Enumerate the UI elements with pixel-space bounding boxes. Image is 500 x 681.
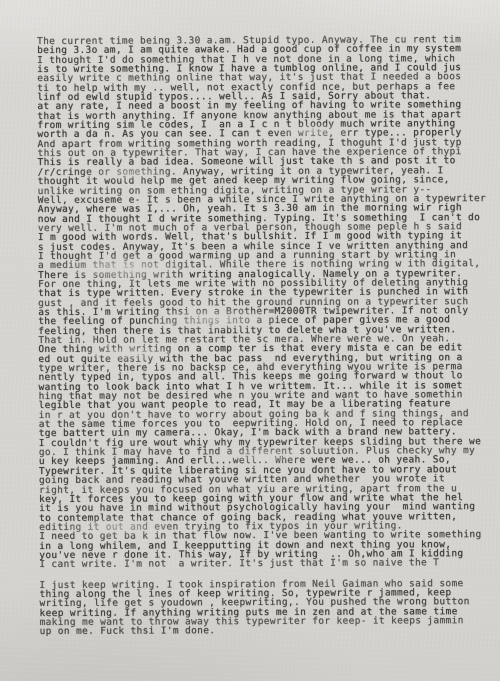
typewritten-line: as this. I'm writing thsi on a Brother=M… [38,306,488,317]
typewritten-line: For one thing, It lets me write with no … [38,278,488,289]
typewritten-line: at the same time forces you to eepwritin… [39,418,489,429]
paragraph: The current time being 3.30 a.am. Stupid… [37,35,489,570]
text-block: The current time being 3.30 a.am. Stupid… [37,35,490,637]
typewritten-line: go. I think I may have to find a differe… [39,446,489,457]
typewritten-line: I need to get ba k in that flow now. I'v… [39,530,489,541]
typewritten-line: ti to help with my .. well, not exactly … [37,82,487,93]
typewritten-line: very well. I'm not much of a verbal pers… [38,222,488,233]
scanned-paper-page: The current time being 3.30 a.am. Stupid… [0,0,500,681]
typewritten-line: that is worth anything. If anyone know a… [37,110,487,121]
typewritten-line: this out on a typewriter. That way, I ca… [37,147,487,158]
typewritten-line: nently typed in, typos and all. This kee… [38,371,488,382]
typewritten-line: Well, excuseme e- It s been a while sinc… [38,194,488,205]
typewritten-line: That in. Hold on let me restart the sc m… [38,334,488,345]
paragraph: I just keep writing. I took inspiration … [39,579,489,637]
typewritten-line: I thought I'd do something that I h ve n… [37,54,487,65]
typewritten-line: writing, life get s youdown , keepwritin… [39,597,489,608]
typewritten-line: a medium that is not digital. While ther… [38,259,488,270]
typewritten-line: hing that may not be desired whe n you w… [39,390,489,401]
typewritten-line: I cant write. I'm not a writer. It's jus… [39,558,489,569]
typewritten-line: it is you have in mind without psycholog… [39,502,489,513]
typewritten-line: up on me. Fuck thsi I'm done. [40,625,490,636]
typewritten-line: right, it keeps you focused on what yiu … [39,484,489,495]
